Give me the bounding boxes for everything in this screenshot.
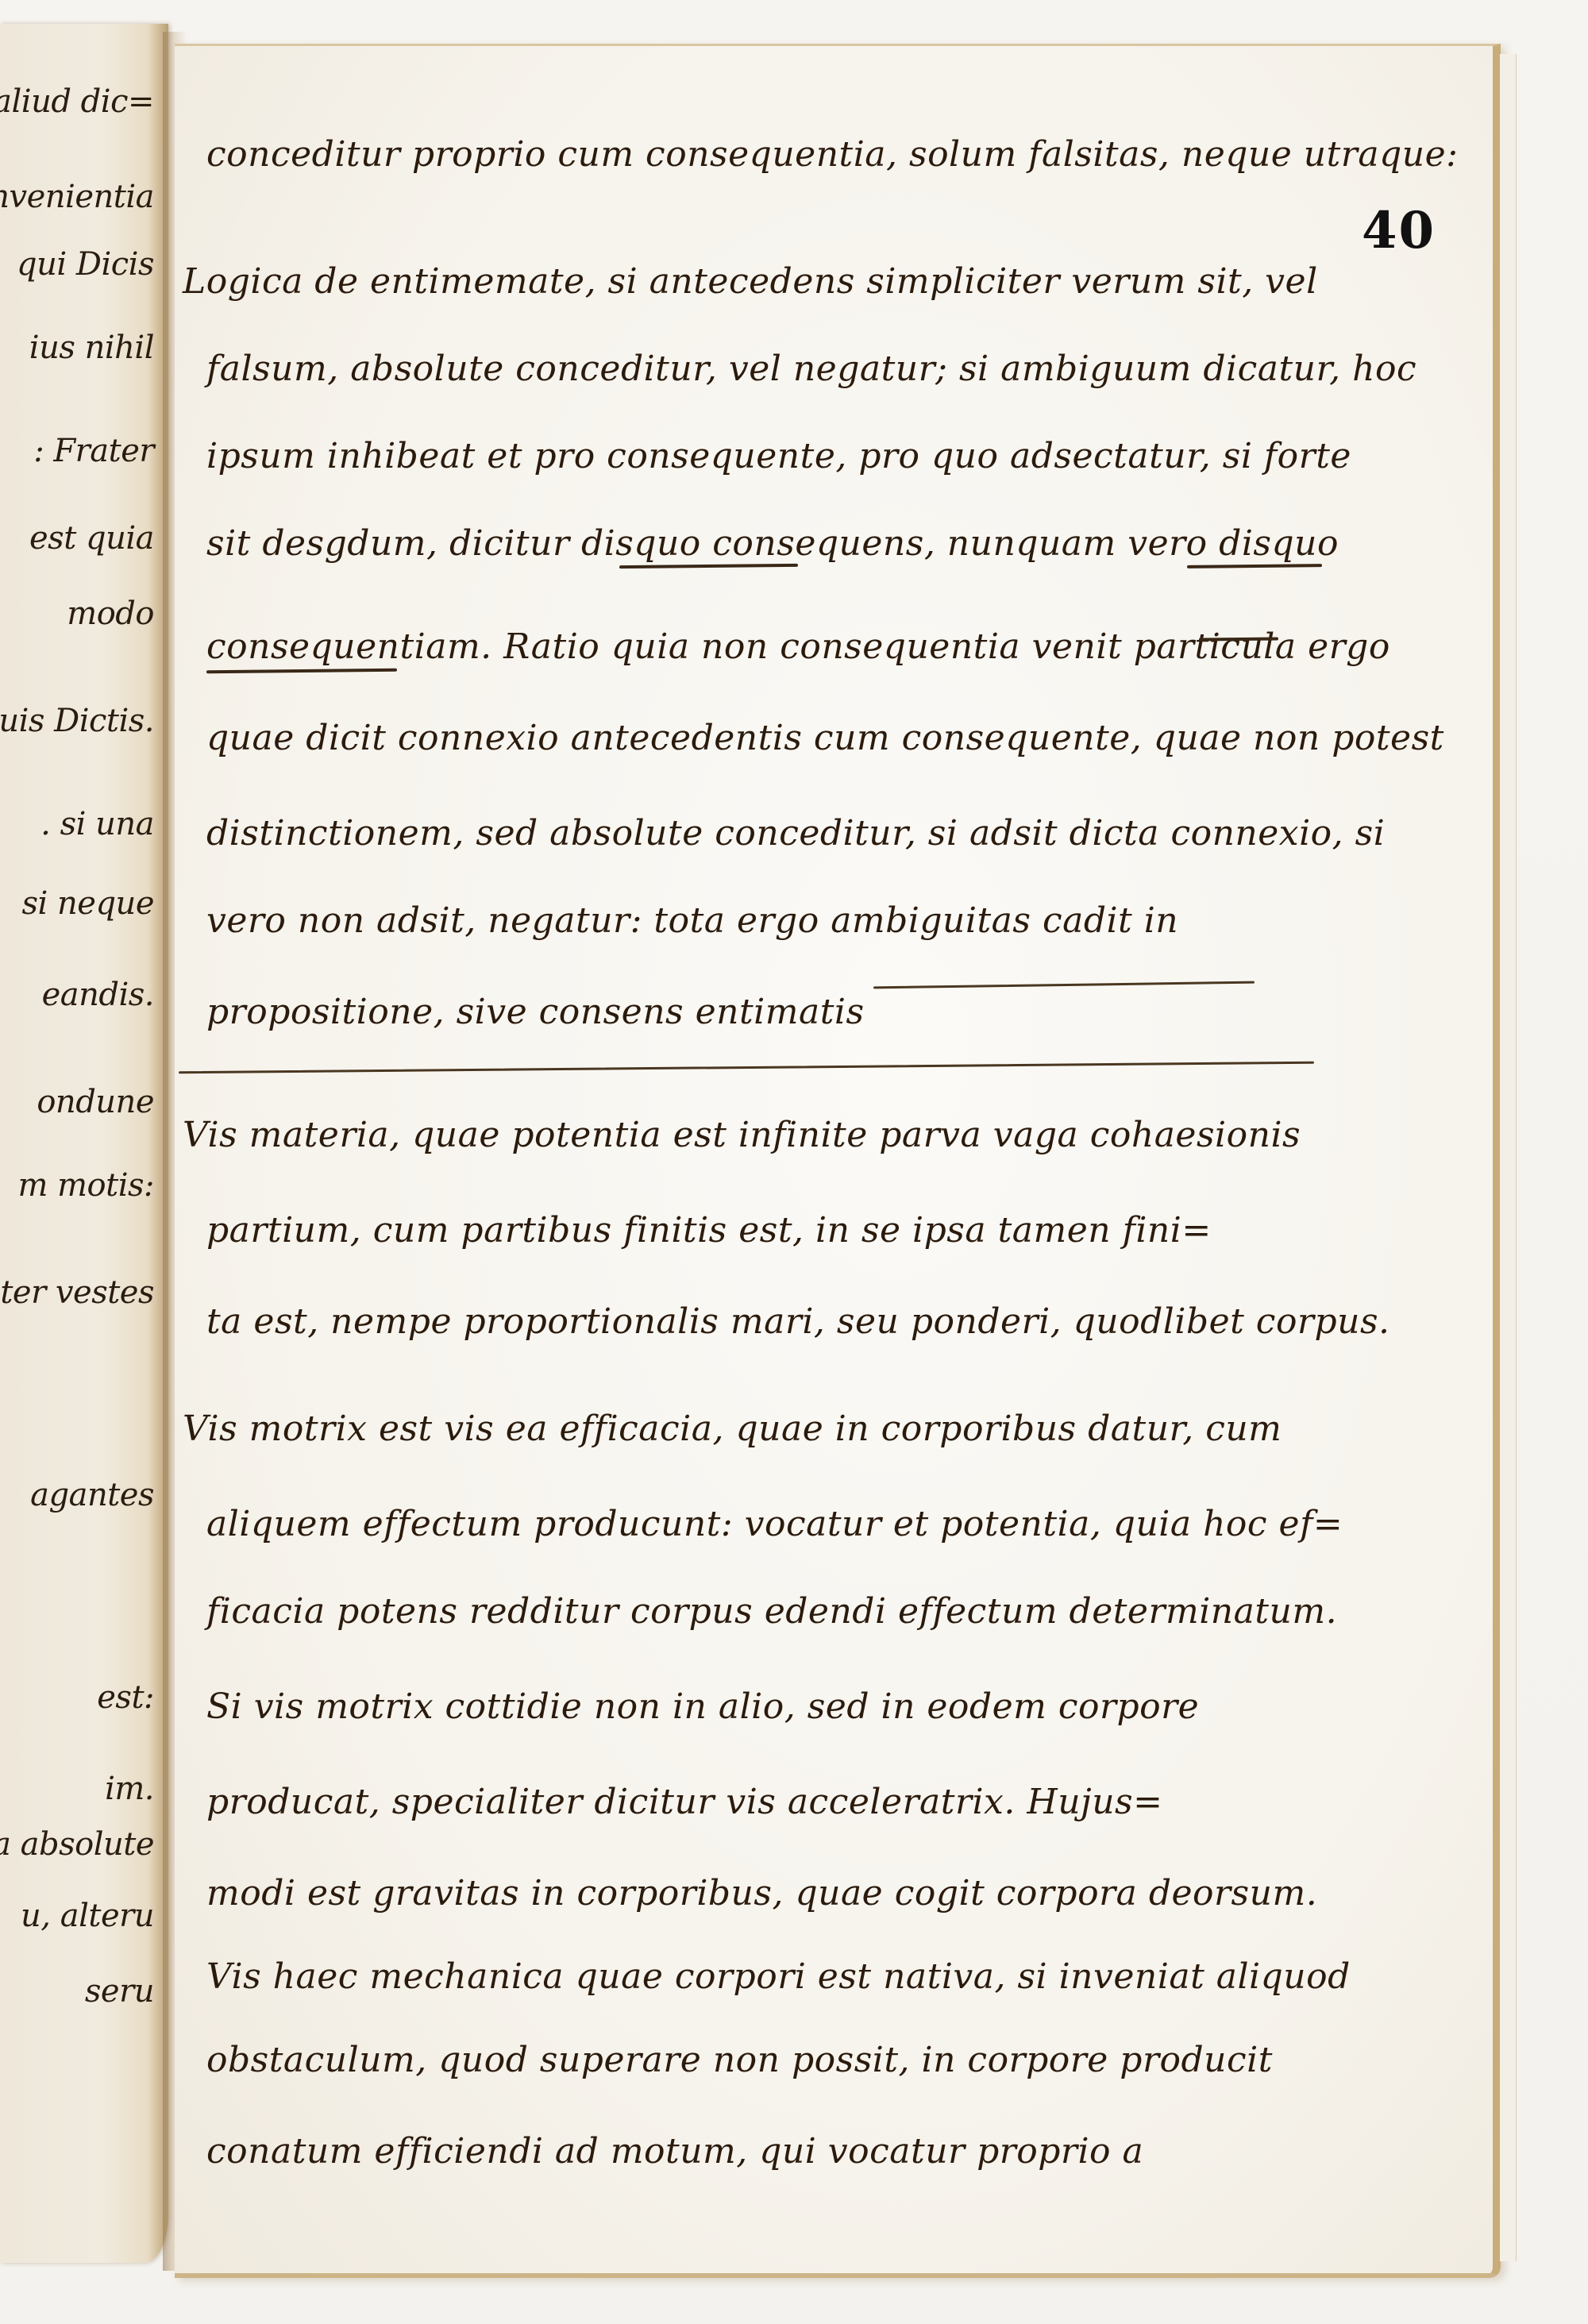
section-2-line: ta est, nempe proportionalis mari, seu p… (206, 1301, 1390, 1342)
ink-underline (619, 564, 798, 568)
section-3-line: ficacia potens redditur corpus edendi ef… (206, 1591, 1337, 1632)
left-page-fragment: ter vestes (0, 1274, 154, 1311)
left-page-fragment: ondune (37, 1084, 154, 1120)
section-1-line: sit desgdum, dicitur disquo consequens, … (206, 523, 1339, 564)
left-page-fragment: convenientia (0, 179, 154, 215)
left-page-fragment: est: (97, 1679, 154, 1716)
section-3-line: conatum efficiendi ad motum, qui vocatur… (206, 2131, 1143, 2172)
section-1-line: consequentiam. Ratio quia non consequent… (206, 626, 1390, 667)
line-end-flourish (873, 981, 1255, 989)
section-1-line: vero non adsit, negatur: tota ergo ambig… (206, 900, 1178, 941)
left-page-fragment: si neque (21, 885, 154, 922)
left-page-fragment: uis Dictis. (0, 703, 154, 739)
left-page: aliud dic=convenientiaqui Dicisius nihil… (0, 24, 168, 2263)
section-3-line: modi est gravitas in corporibus, quae co… (206, 1873, 1317, 1914)
section-3-line: Vis haec mechanica quae corpori est nati… (206, 1956, 1351, 1997)
section-3-line: Vis motrix est vis ea efficacia, quae in… (183, 1409, 1282, 1449)
left-page-fragment: m motis: (17, 1167, 154, 1204)
folio-number: 40 (1362, 201, 1436, 260)
left-page-fragment: est quia (29, 520, 154, 557)
section-2-line: partium, cum partibus finitis est, in se… (206, 1210, 1212, 1251)
section-3-line: producat, specialiter dicitur vis accele… (206, 1782, 1162, 1822)
section-1-line: ipsum inhibeat et pro consequente, pro q… (206, 436, 1351, 476)
ink-underline (206, 669, 397, 674)
section-1-line: propositione, sive consens entimatis (206, 992, 865, 1032)
section-divider-rule (179, 1062, 1314, 1073)
left-page-fragment: aliud dic= (0, 83, 154, 120)
right-page: 40 conceditur proprio cum consequentia, … (175, 44, 1501, 2278)
left-page-fragment: qui Dicis (17, 246, 154, 283)
section-1-line: distinctionem, sed absolute conceditur, … (206, 813, 1385, 854)
ink-underline (1187, 564, 1322, 568)
left-page-fragment: . si una (40, 806, 154, 842)
left-page-fragment: agantes (30, 1477, 154, 1513)
section-2-line: Vis materia, quae potentia est infinite … (183, 1115, 1301, 1155)
section-1-line: conceditur proprio cum consequentia, sol… (206, 134, 1458, 175)
left-page-fragment: eandis. (42, 977, 154, 1013)
section-1-line: Logica de entimemate, si antecedens simp… (183, 261, 1318, 302)
left-page-fragment: u, alteru (21, 1898, 154, 1934)
left-page-fragment: im. (105, 1771, 154, 1807)
section-1-line: quae dicit connexio antecedentis cum con… (206, 718, 1444, 758)
section-3-line: Si vis motrix cottidie non in alio, sed … (206, 1686, 1199, 1727)
left-page-fragment: ius nihil (29, 330, 154, 366)
section-3-line: obstaculum, quod superare non possit, in… (206, 2040, 1273, 2080)
left-page-fragment: modo (67, 595, 154, 632)
section-1-line: falsum, absolute conceditur, vel negatur… (206, 349, 1416, 389)
section-3-line: aliquem effectum producunt: vocatur et p… (206, 1504, 1343, 1544)
left-page-fragment: : Frater (33, 433, 154, 469)
left-page-fragment: a absolute (0, 1826, 154, 1863)
left-page-fragment: seru (85, 1973, 154, 2010)
